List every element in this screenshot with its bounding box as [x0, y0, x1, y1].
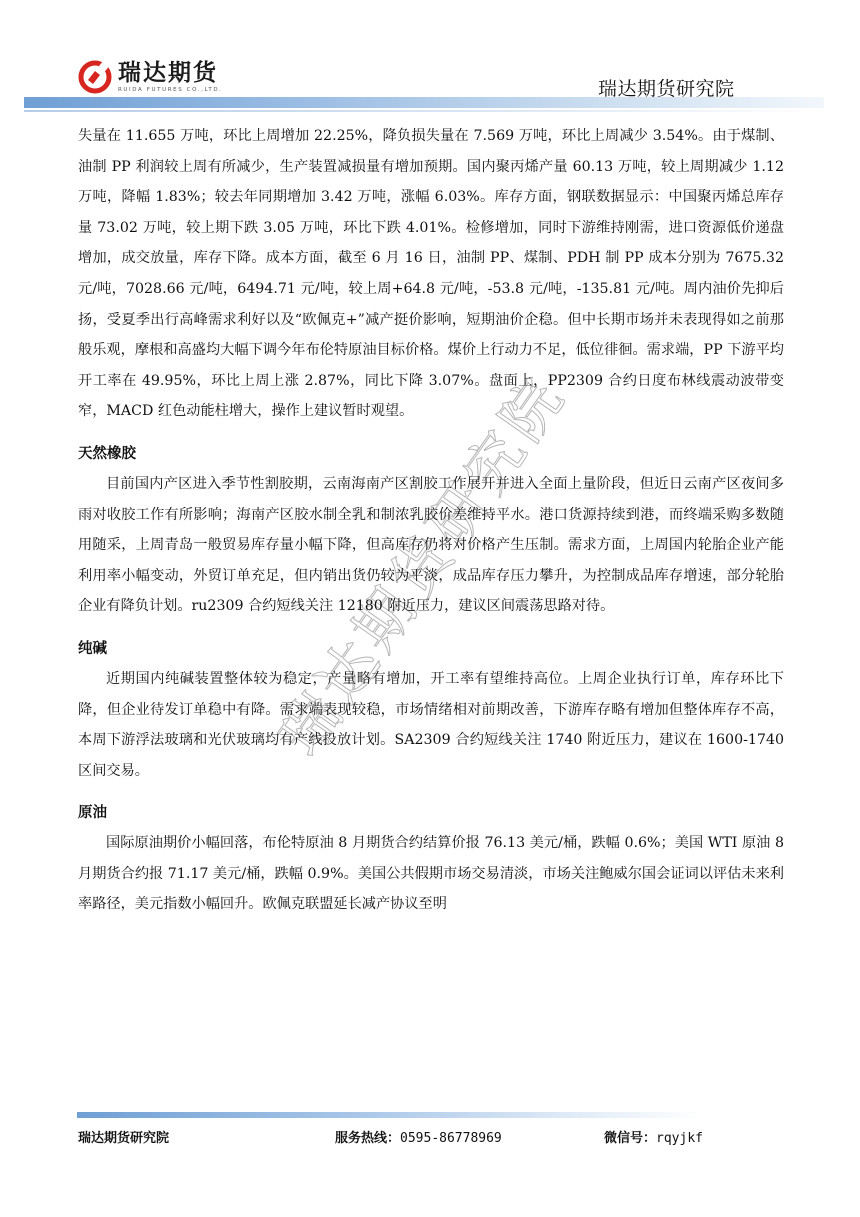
- paragraph: 失量在 11.655 万吨，环比上周增加 22.25%，降负损失量在 7.569…: [78, 121, 784, 427]
- paragraph: 目前国内产区进入季节性割胶期，云南海南产区割胶工作展开并进入全面上量阶段，但近日…: [78, 469, 784, 622]
- paragraph: 近期国内纯碱装置整体较为稳定，产量略有增加，开工率有望维持高位。上周企业执行订单…: [78, 664, 784, 786]
- section-natural-rubber: 天然橡胶 目前国内产区进入季节性割胶期，云南海南产区割胶工作展开并进入全面上量阶…: [78, 439, 784, 622]
- logo-chinese-name: 瑞达期货: [118, 60, 223, 86]
- header-divider: [24, 110, 824, 112]
- hotline-number: 0595-86778969: [400, 1131, 502, 1146]
- logo-english-name: RUIDA FUTURES CO.,LTD.: [118, 86, 223, 94]
- document-body: 失量在 11.655 万吨，环比上周增加 22.25%，降负损失量在 7.569…: [78, 121, 784, 920]
- section-title: 纯碱: [78, 634, 784, 664]
- ruida-logo-icon: [78, 60, 112, 94]
- section-crude-oil: 原油 国际原油期价小幅回落，布伦特原油 8 月期货合约结算价报 76.13 美元…: [78, 798, 784, 920]
- footer-wechat: 微信号：rqyjkf: [604, 1127, 703, 1146]
- section-soda-ash: 纯碱 近期国内纯碱装置整体较为稳定，产量略有增加，开工率有望维持高位。上周企业执…: [78, 634, 784, 786]
- footer-hotline: 服务热线：0595-86778969: [335, 1127, 502, 1146]
- company-logo: 瑞达期货 RUIDA FUTURES CO.,LTD.: [78, 60, 223, 94]
- section-title: 原油: [78, 798, 784, 828]
- wechat-label: 微信号：: [604, 1131, 656, 1146]
- section-title: 天然橡胶: [78, 439, 784, 469]
- page-header: 瑞达期货 RUIDA FUTURES CO.,LTD. 瑞达期货研究院: [0, 0, 860, 115]
- footer-org: 瑞达期货研究院: [78, 1127, 169, 1146]
- hotline-label: 服务热线：: [335, 1131, 400, 1146]
- header-gradient-bar: [24, 97, 824, 108]
- paragraph: 国际原油期价小幅回落，布伦特原油 8 月期货合约结算价报 76.13 美元/桶，…: [78, 828, 784, 920]
- wechat-id: rqyjkf: [656, 1131, 703, 1146]
- section-pp: 失量在 11.655 万吨，环比上周增加 22.25%，降负损失量在 7.569…: [78, 121, 784, 427]
- footer-gradient-bar: [77, 1112, 703, 1118]
